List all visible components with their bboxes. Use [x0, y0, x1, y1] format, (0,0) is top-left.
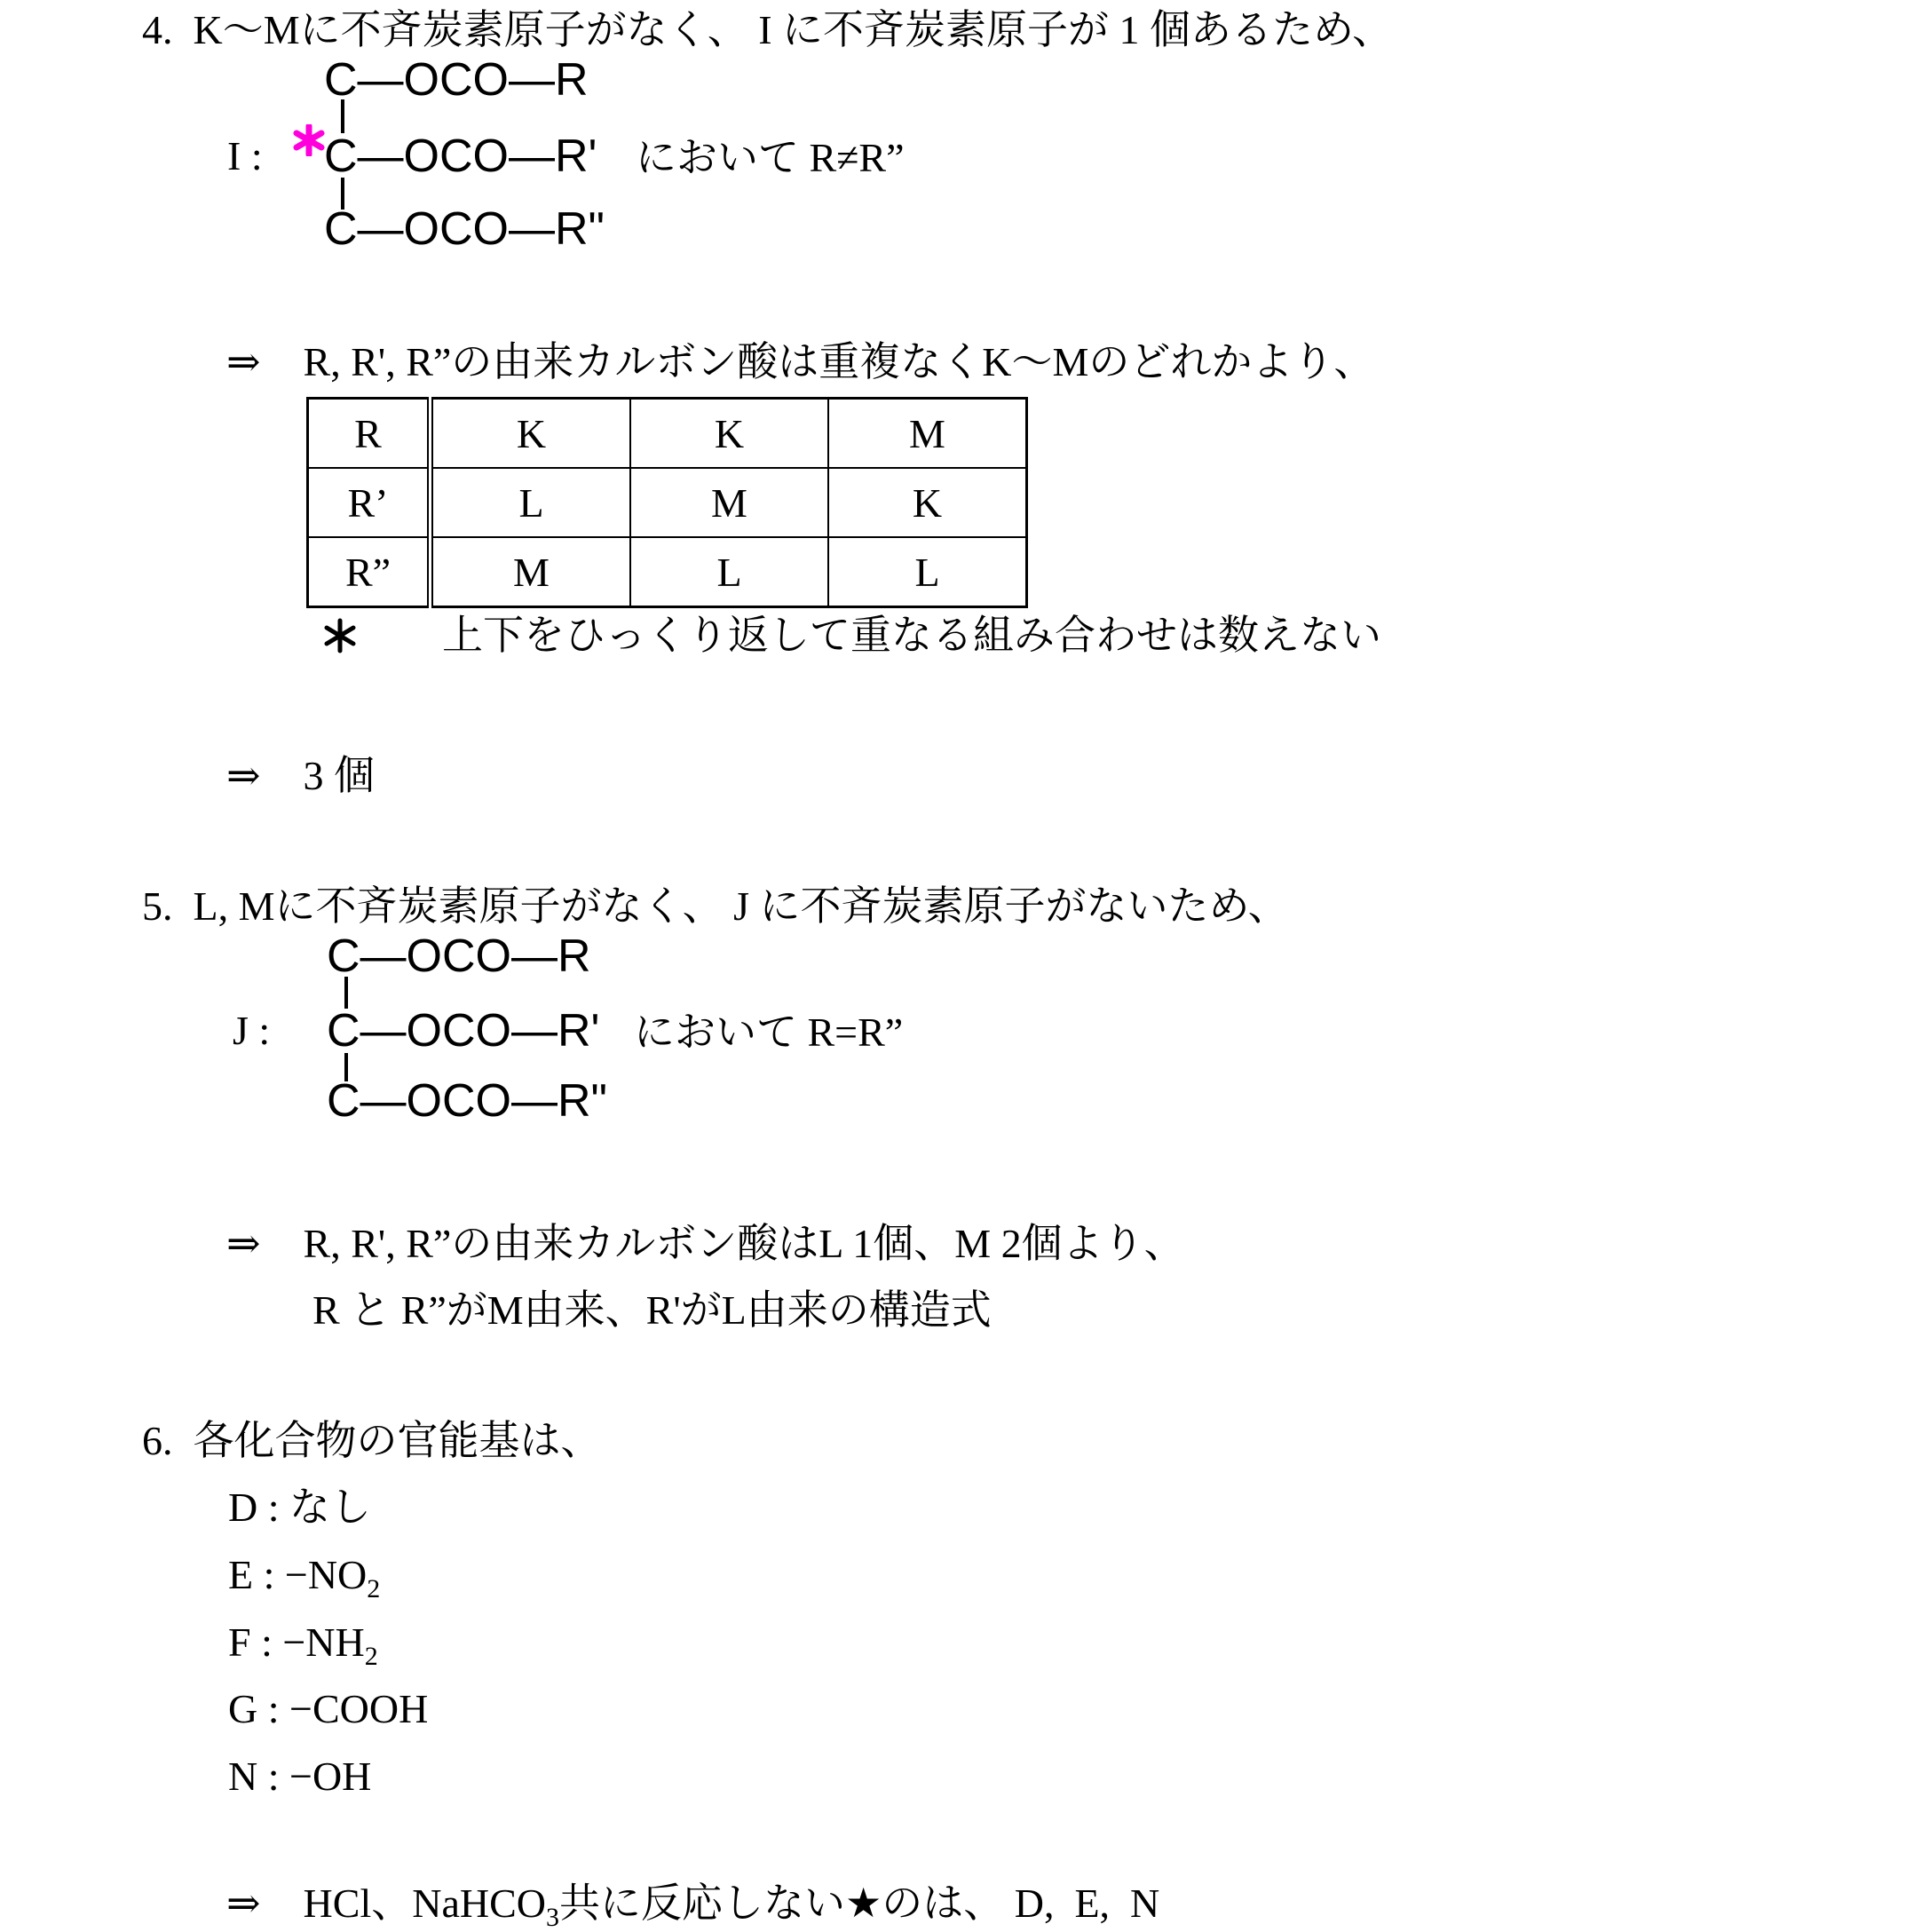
structure-j-line1: C—OCO—R — [327, 933, 591, 979]
note-asterisk-icon: ∗ — [322, 618, 358, 658]
section6-conclusion-line: ⇒ HCl、NaHCO3共に反応しない★のは、 D, E, N — [226, 1881, 1159, 1932]
section5-lead-text2: R と R”がM由来、R'がL由来の構造式 — [312, 1287, 992, 1334]
section4-result-text: 3 個 — [304, 753, 376, 799]
row-header-cell: R — [308, 399, 431, 469]
table-cell: M — [431, 537, 631, 607]
structure-j-line3: C—OCO—R" — [327, 1078, 607, 1124]
structure-i-line1: C—OCO—R — [324, 57, 589, 103]
functional-group-item: E : −NO2 — [228, 1552, 380, 1603]
combination-table: R K K M R’ L M K R” M L L — [306, 397, 1028, 608]
structure-i-line2: C—OCO—R' — [324, 133, 597, 179]
table-row: R” M L L — [308, 537, 1027, 607]
functional-group-item: F : −NH2 — [228, 1619, 378, 1671]
double-arrow-icon: ⇒ — [226, 753, 261, 799]
section4-heading: 4. K〜Mに不斉炭素原子がなく、 I に不斉炭素原子が 1 個あるため、 — [142, 7, 1393, 53]
functional-group-item: D : なし — [228, 1485, 371, 1536]
double-arrow-icon: ⇒ — [226, 1221, 261, 1267]
section5-heading: 5. L, Mに不斉炭素原子がなく、 J に不斉炭素原子がないため、 — [142, 883, 1289, 930]
row-header-cell: R” — [308, 537, 431, 607]
structure-i-label: I : — [227, 133, 263, 179]
table-row: R’ L M K — [308, 468, 1027, 537]
table-cell: L — [630, 537, 828, 607]
structure-j-line2: C—OCO—R' — [327, 1008, 599, 1054]
bond-line — [341, 99, 344, 133]
document-page: 4. K〜Mに不斉炭素原子がなく、 I に不斉炭素原子が 1 個あるため、 C—… — [0, 0, 1906, 1932]
section4-lead-text: R, R', R”の由来カルボン酸は重複なくK〜Mのどれかより、 — [304, 339, 1375, 385]
row-header-cell: R’ — [308, 468, 431, 537]
table-cell: L — [828, 537, 1027, 607]
table-cell: L — [431, 468, 631, 537]
bond-line — [344, 977, 348, 1009]
section4-lead-line: ⇒ R, R', R”の由来カルボン酸は重複なくK〜Mのどれかより、 — [226, 339, 1374, 385]
table-cell: K — [630, 399, 828, 469]
functional-group-item: N : −OH — [228, 1754, 371, 1805]
section6-heading: 6. 各化合物の官能基は、 — [142, 1418, 602, 1464]
structure-j-condition: において R=R” — [634, 1010, 903, 1056]
section4-result-line: ⇒ 3 個 — [226, 753, 375, 799]
structure-j-label: J : — [233, 1008, 270, 1054]
section6-conclusion-text: HCl、NaHCO3共に反応しない★のは、 D, E, N — [304, 1881, 1160, 1932]
table-cell: M — [828, 399, 1027, 469]
table-cell: K — [828, 468, 1027, 537]
table-cell: M — [630, 468, 828, 537]
double-arrow-icon: ⇒ — [226, 339, 261, 385]
structure-i-line3: C—OCO—R" — [324, 206, 605, 252]
functional-group-item: G : −COOH — [228, 1686, 428, 1738]
section5-lead-text: R, R', R”の由来カルボン酸はL 1個、M 2個より、 — [304, 1221, 1185, 1267]
note-text: 上下をひっくり返して重なる組み合わせは数えない — [442, 613, 1381, 659]
table-row: R K K M — [308, 399, 1027, 469]
structure-i-condition: において R≠R” — [636, 135, 905, 181]
chiral-asterisk-icon: ∗ — [293, 124, 325, 161]
table-cell: K — [431, 399, 631, 469]
section5-lead-line: ⇒ R, R', R”の由来カルボン酸はL 1個、M 2個より、 — [226, 1221, 1185, 1267]
double-arrow-icon: ⇒ — [226, 1881, 261, 1927]
